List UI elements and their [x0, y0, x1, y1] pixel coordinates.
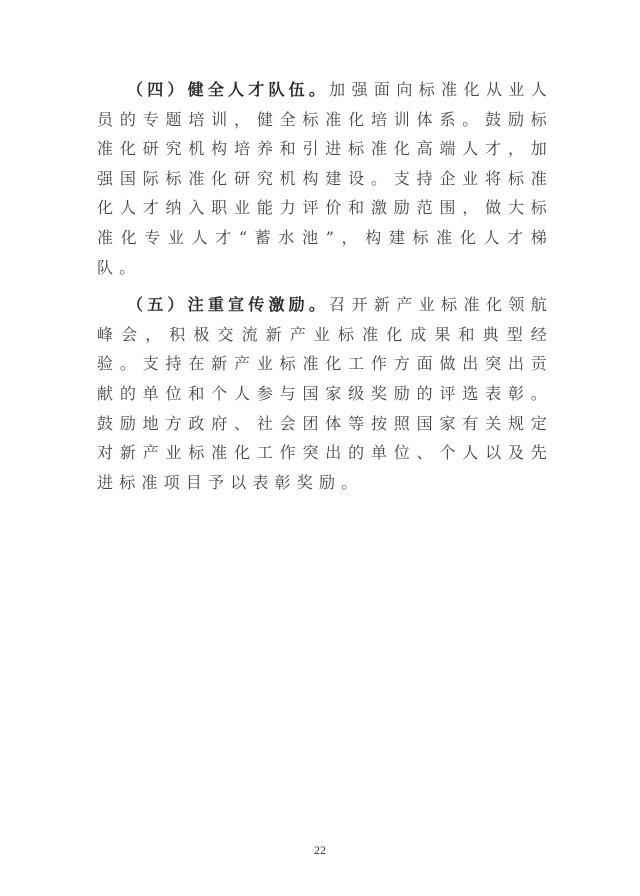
body-text: （四）健全人才队伍。加强面向标准化从业人员的专题培训，健全标准化培训体系。鼓励标…	[97, 75, 553, 505]
page-number: 22	[0, 843, 640, 858]
paragraph-body: 召开新产业标准化领航峰会，积极交流新产业标准化成果和典型经验。支持在新产业标准化…	[97, 295, 553, 492]
paragraph-body: 加强面向标准化从业人员的专题培训，健全标准化培训体系。鼓励标准化研究机构培养和引…	[97, 80, 553, 277]
paragraph-heading: （五）注重宣传激励。	[127, 295, 329, 314]
paragraph-publicity-incentive: （五）注重宣传激励。召开新产业标准化领航峰会，积极交流新产业标准化成果和典型经验…	[97, 290, 553, 497]
paragraph-talent-team: （四）健全人才队伍。加强面向标准化从业人员的专题培训，健全标准化培训体系。鼓励标…	[97, 75, 553, 282]
document-page: （四）健全人才队伍。加强面向标准化从业人员的专题培训，健全标准化培训体系。鼓励标…	[0, 0, 640, 896]
paragraph-heading: （四）健全人才队伍。	[127, 80, 329, 99]
